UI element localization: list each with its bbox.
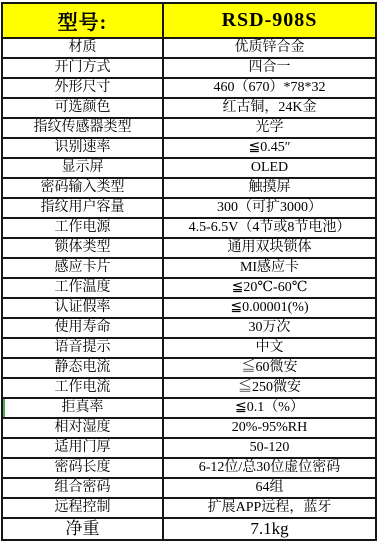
spec-label-cell: 拒真率 (2, 398, 163, 418)
spec-value-cell: 四合一 (163, 58, 376, 78)
table-row: 净重7.1kg (2, 518, 376, 540)
spec-label-cell: 适用门厚 (2, 438, 163, 458)
table-header-row: 型号: RSD-908S (2, 3, 376, 38)
spec-label-cell: 远程控制 (2, 498, 163, 518)
spec-value-cell: 64组 (163, 478, 376, 498)
spec-label-cell: 净重 (2, 518, 163, 540)
spec-value-cell: 6-12位/总30位虚位密码 (163, 458, 376, 478)
spec-value-cell: ≦0.45″ (163, 138, 376, 158)
spec-label-cell: 使用寿命 (2, 318, 163, 338)
table-row: 识别速率≦0.45″ (2, 138, 376, 158)
spec-value-cell: ≦0.1（%） (163, 398, 376, 418)
table-row: 远程控制扩展APP远程，蓝牙 (2, 498, 376, 518)
spec-label-cell: 材质 (2, 38, 163, 58)
spec-value-cell: ≦0.00001(%) (163, 298, 376, 318)
spec-value-cell: 中文 (163, 338, 376, 358)
spec-label-cell: 相对湿度 (2, 418, 163, 438)
spec-label-cell: 密码长度 (2, 458, 163, 478)
table-row: 使用寿命30万次 (2, 318, 376, 338)
table-row: 工作电流≦250微安 (2, 378, 376, 398)
table-row: 指纹传感器类型光学 (2, 118, 376, 138)
table-row: 开门方式四合一 (2, 58, 376, 78)
spec-table-body: 材质优质锌合金开门方式四合一外形尺寸460（670）*78*32可选颜色红古铜，… (2, 38, 376, 540)
spec-label-cell: 认证假率 (2, 298, 163, 318)
spec-value-cell: 20%-95%RH (163, 418, 376, 438)
spec-label-cell: 工作电流 (2, 378, 163, 398)
table-row: 组合密码64组 (2, 478, 376, 498)
spec-label-cell: 识别速率 (2, 138, 163, 158)
table-row: 认证假率≦0.00001(%) (2, 298, 376, 318)
spec-label-cell: 指纹用户容量 (2, 198, 163, 218)
spec-value-cell: 扩展APP远程，蓝牙 (163, 498, 376, 518)
table-row: 相对湿度20%-95%RH (2, 418, 376, 438)
spec-label-cell: 感应卡片 (2, 258, 163, 278)
spec-value-cell: 50-120 (163, 438, 376, 458)
spec-value-cell: ≦20℃-60℃ (163, 278, 376, 298)
spec-value-cell: ≦60微安 (163, 358, 376, 378)
spec-value-cell: 300（可扩3000） (163, 198, 376, 218)
table-row: 密码长度6-12位/总30位虚位密码 (2, 458, 376, 478)
spec-value-cell: 460（670）*78*32 (163, 78, 376, 98)
model-value: RSD-908S (163, 3, 376, 38)
table-row: 外形尺寸460（670）*78*32 (2, 78, 376, 98)
table-row: 适用门厚50-120 (2, 438, 376, 458)
spec-value-cell: MI感应卡 (163, 258, 376, 278)
spec-label-cell: 锁体类型 (2, 238, 163, 258)
spec-value-cell: 4.5-6.5V（4节或8节电池） (163, 218, 376, 238)
spec-label-cell: 显示屏 (2, 158, 163, 178)
spec-value-cell: 30万次 (163, 318, 376, 338)
table-row: 指纹用户容量300（可扩3000） (2, 198, 376, 218)
spec-value-cell: 光学 (163, 118, 376, 138)
spec-label-cell: 指纹传感器类型 (2, 118, 163, 138)
table-row: 显示屏OLED (2, 158, 376, 178)
spec-label-cell: 可选颜色 (2, 98, 163, 118)
spec-value-cell: 触摸屏 (163, 178, 376, 198)
spec-label-cell: 工作温度 (2, 278, 163, 298)
spec-table: 型号: RSD-908S 材质优质锌合金开门方式四合一外形尺寸460（670）*… (1, 2, 377, 541)
spec-label-cell: 开门方式 (2, 58, 163, 78)
table-row: 锁体类型通用双块锁体 (2, 238, 376, 258)
model-label: 型号: (2, 3, 163, 38)
table-row: 工作温度≦20℃-60℃ (2, 278, 376, 298)
table-row: 可选颜色红古铜，24K金 (2, 98, 376, 118)
spec-label-cell: 组合密码 (2, 478, 163, 498)
spec-value-cell: 通用双块锁体 (163, 238, 376, 258)
table-row: 拒真率≦0.1（%） (2, 398, 376, 418)
table-row: 静态电流≦60微安 (2, 358, 376, 378)
spec-value-cell: OLED (163, 158, 376, 178)
spec-label-cell: 外形尺寸 (2, 78, 163, 98)
spec-label-cell: 语音提示 (2, 338, 163, 358)
spec-label-cell: 工作电源 (2, 218, 163, 238)
spec-value-cell: 优质锌合金 (163, 38, 376, 58)
table-row: 密码输入类型触摸屏 (2, 178, 376, 198)
spec-value-cell: 红古铜，24K金 (163, 98, 376, 118)
spec-label-cell: 静态电流 (2, 358, 163, 378)
spec-value-cell: 7.1kg (163, 518, 376, 540)
table-row: 语音提示中文 (2, 338, 376, 358)
spec-label-cell: 密码输入类型 (2, 178, 163, 198)
table-row: 感应卡片MI感应卡 (2, 258, 376, 278)
table-row: 工作电源4.5-6.5V（4节或8节电池） (2, 218, 376, 238)
table-row: 材质优质锌合金 (2, 38, 376, 58)
spec-value-cell: ≦250微安 (163, 378, 376, 398)
